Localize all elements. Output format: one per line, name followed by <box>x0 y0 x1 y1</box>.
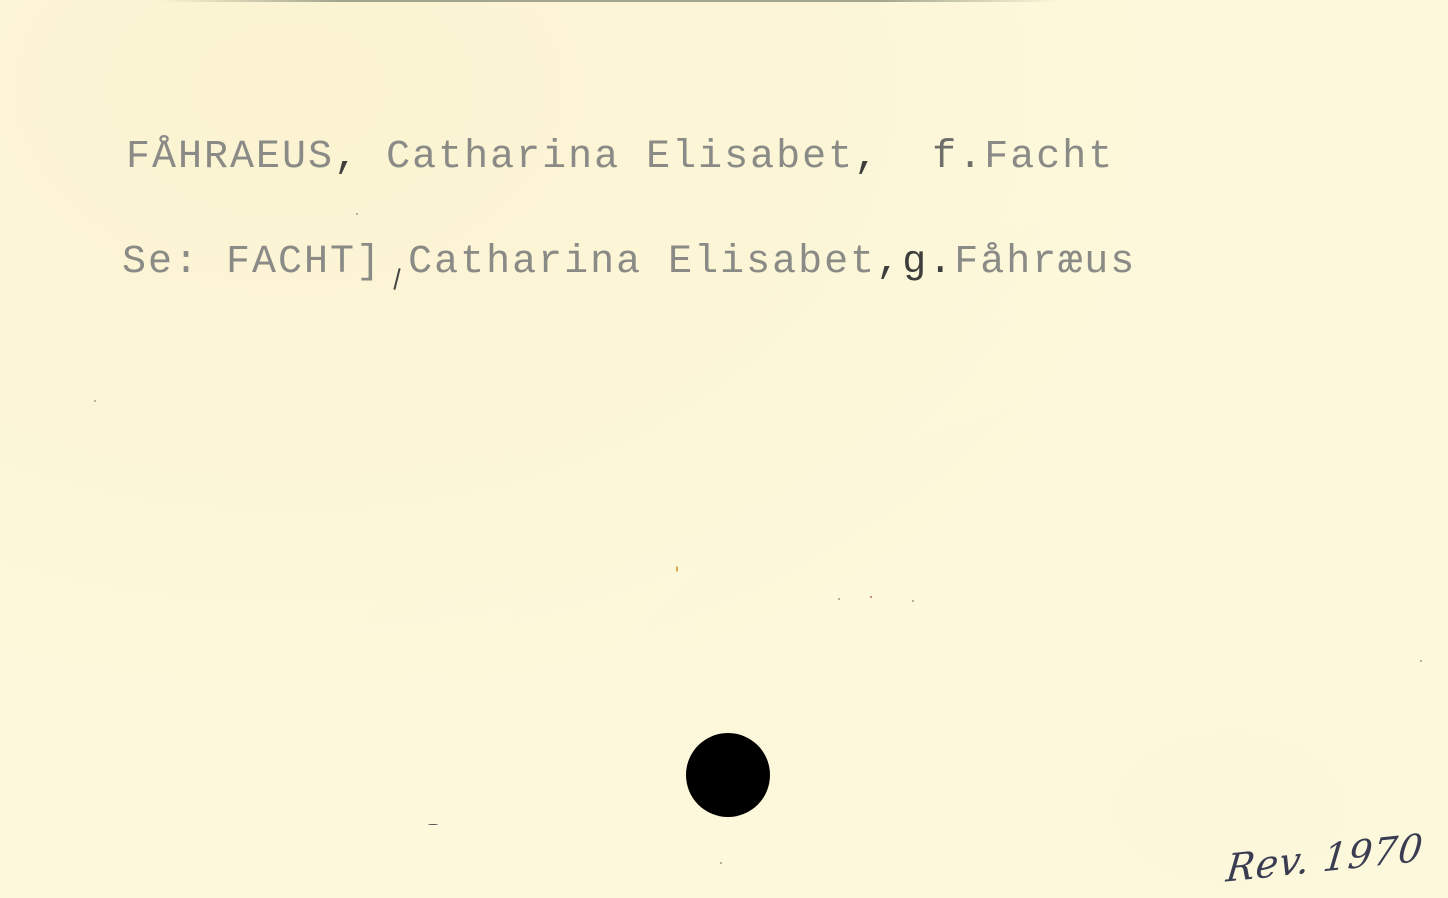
paper-speck <box>428 824 438 825</box>
birth-prefix: f. <box>932 135 984 180</box>
paper-speck <box>94 400 96 402</box>
paper-speck <box>720 862 722 864</box>
surname: FÅHRAEUS <box>126 135 334 180</box>
cross-reference-line: Se: FACHT] Catharina Elisabet,g.Fåhræus <box>122 243 1136 283</box>
birth-name: Facht <box>984 135 1114 180</box>
given-names: Catharina Elisabet <box>386 135 854 180</box>
given-names: Catharina Elisabet <box>408 240 876 285</box>
paper-speck <box>676 566 678 572</box>
card-top-edge <box>160 0 1060 2</box>
paper-speck <box>1420 660 1422 662</box>
paper-speck <box>838 598 840 600</box>
see-label: Se: <box>122 240 200 285</box>
married-name: Fåhræus <box>954 240 1136 285</box>
handwritten-revision-note: Rev. 1970 <box>1224 825 1426 890</box>
comma: , <box>876 240 902 285</box>
comma: , <box>334 135 360 180</box>
married-prefix: g. <box>902 240 954 285</box>
reference-surname: FACHT <box>226 240 356 285</box>
bracket: ] <box>356 240 382 285</box>
paper-speck <box>912 600 914 602</box>
index-card: FÅHRAEUS, Catharina Elisabet, f.Facht Se… <box>0 0 1448 898</box>
paper-speck <box>356 213 358 215</box>
paper-speck <box>870 596 872 598</box>
card-heading-line: FÅHRAEUS, Catharina Elisabet, f.Facht <box>126 138 1114 178</box>
comma: , <box>854 135 880 180</box>
punch-hole <box>686 733 770 817</box>
